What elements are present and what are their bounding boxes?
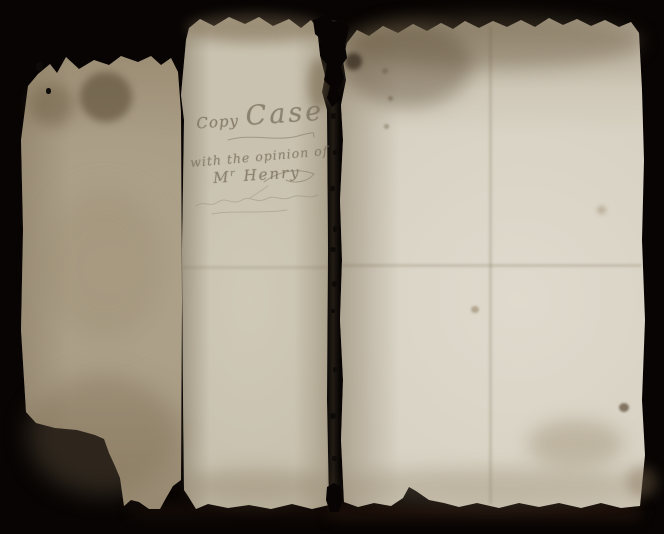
speckle	[388, 96, 393, 101]
illegible-handwriting-line	[192, 184, 337, 218]
stitch-hole	[333, 150, 337, 155]
stitch-hole	[330, 413, 336, 419]
stitch-hole	[331, 309, 335, 313]
dark-spot	[619, 403, 629, 412]
horizontal-fold-crease	[183, 266, 328, 269]
case-underline-flourish	[226, 130, 316, 146]
water-stain	[528, 420, 623, 468]
speckle	[384, 124, 389, 129]
small-stain	[597, 206, 606, 214]
stitch-hole	[332, 281, 337, 287]
horizontal-fold-crease	[342, 264, 642, 267]
ink-stain-blotch	[80, 72, 132, 122]
speckle	[382, 68, 388, 74]
stain-bottom-darkening	[28, 375, 178, 495]
worm-hole	[46, 88, 51, 94]
inscription-word-case: Case	[245, 96, 326, 132]
worm-hole	[36, 62, 43, 71]
name-prefix-superscript: r	[230, 168, 237, 178]
stain-mottling	[45, 190, 165, 340]
stain-bottom-band	[342, 468, 642, 504]
archival-photograph: CopyCase with the opinion of Mr Henry	[0, 0, 664, 534]
stitch-hole	[330, 247, 336, 252]
stain-top-left	[342, 22, 472, 107]
stain-top-band	[186, 14, 324, 42]
stitch-hole	[331, 113, 336, 119]
paper-shadow	[330, 506, 640, 518]
stitch-hole	[333, 226, 337, 232]
stitch-hole	[333, 367, 337, 372]
dark-spot	[345, 53, 362, 70]
small-stain	[471, 306, 479, 313]
stain-bottom-band	[186, 468, 326, 502]
stitch-hole	[332, 456, 337, 461]
stain-smudge	[30, 84, 74, 126]
